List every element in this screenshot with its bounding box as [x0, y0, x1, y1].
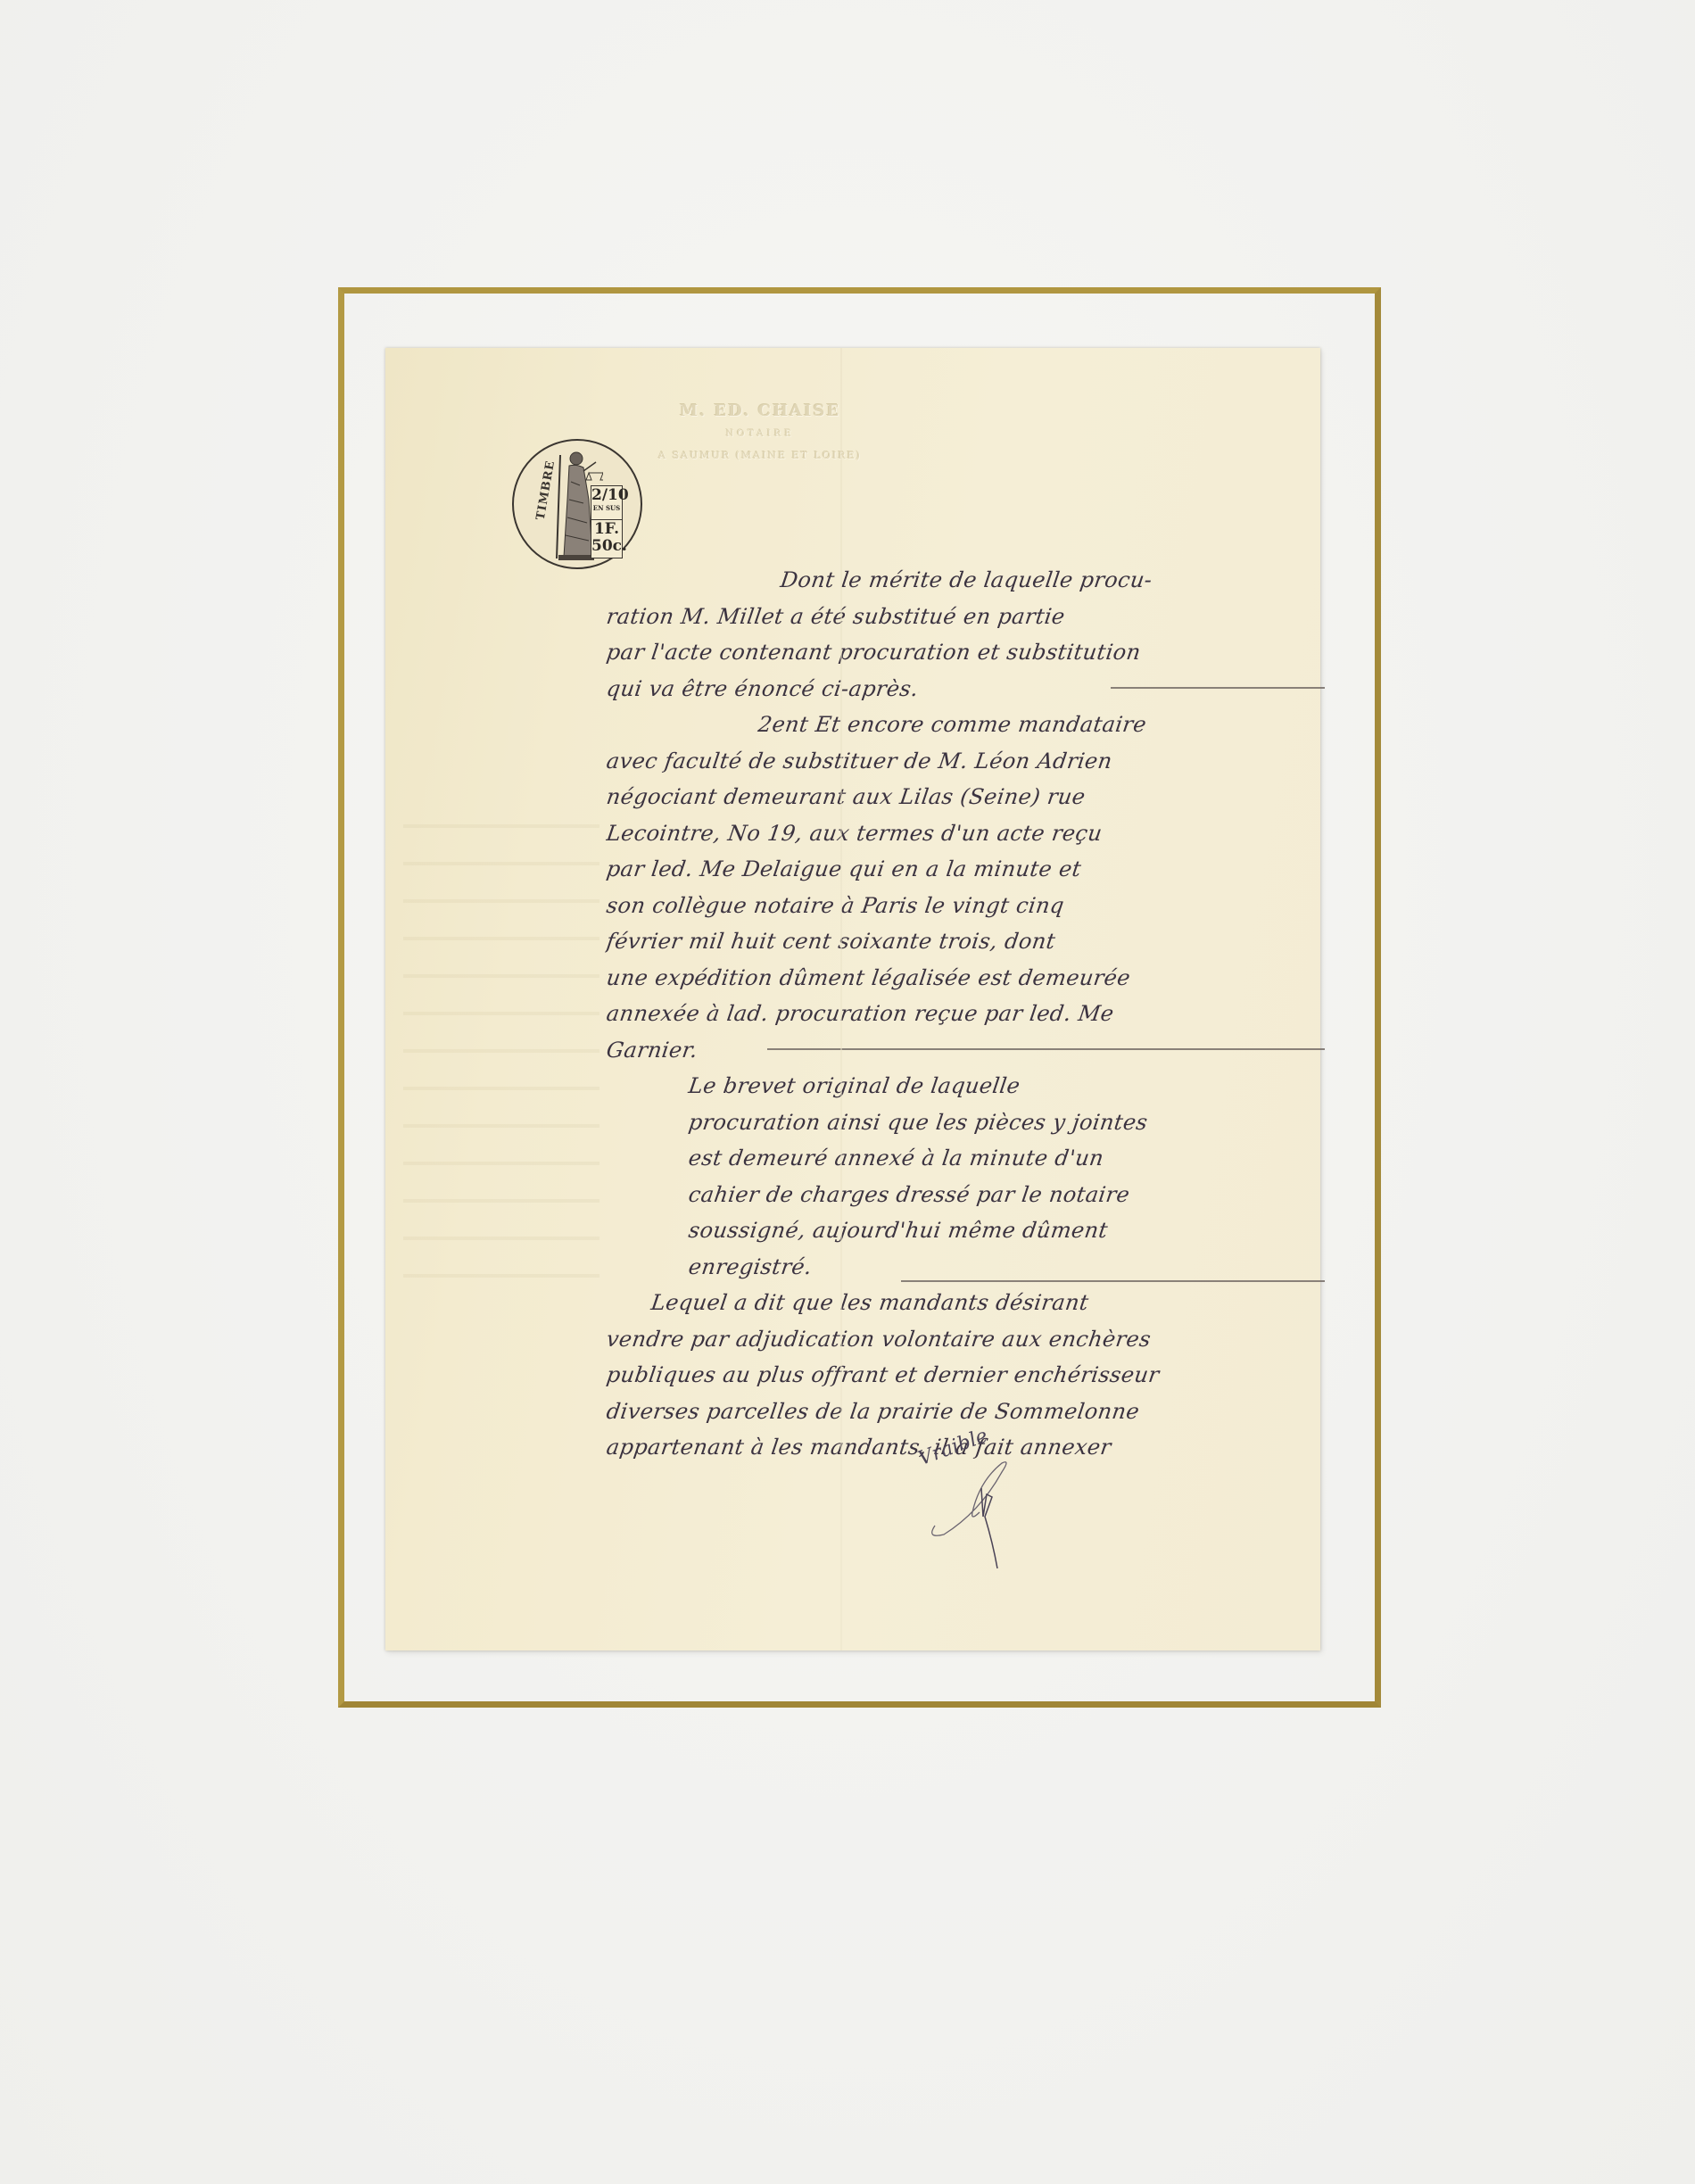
- text-line: est demeuré annexé à la minute d'un: [604, 1140, 1307, 1177]
- text-line: Le brevet original de laquelle: [604, 1068, 1307, 1104]
- stamp-price-francs: 1F.: [591, 522, 622, 537]
- line-filler-rule: [767, 1048, 1325, 1050]
- line-filler-rule: [1111, 687, 1325, 689]
- stamp-price-centimes: 50c.: [591, 539, 622, 554]
- handwritten-text: Dont le mérite de laquelle procu- ration…: [607, 562, 1304, 1466]
- text-line: février mil huit cent soixante trois, do…: [604, 923, 1307, 960]
- stamp-surcharge-label: EN SUS: [591, 505, 622, 511]
- text-line: annexée à lad. procuration reçue par led…: [604, 996, 1307, 1032]
- text-line: publiques au plus offrant et dernier enc…: [604, 1357, 1307, 1394]
- stamp-surcharge-box: 2/10 EN SUS: [591, 485, 623, 521]
- signature: Vraible: [917, 1427, 1042, 1570]
- text-line: vendre par adjudication volontaire aux e…: [604, 1321, 1307, 1358]
- tax-stamp: TIMBRE 2/10 EN SUS 1F. 50c.: [512, 439, 642, 569]
- stamp-price-box: 1F. 50c.: [591, 519, 623, 558]
- text-line: Lequel a dit que les mandants désirant: [604, 1285, 1307, 1321]
- text-line: enregistré.: [604, 1249, 1307, 1286]
- text-line: ration M. Millet a été substitué en part…: [604, 599, 1307, 635]
- text-line: avec faculté de substituer de M. Léon Ad…: [604, 743, 1307, 780]
- text-line: par led. Me Delaigue qui en a la minute …: [604, 851, 1307, 888]
- text-line: qui va être énoncé ci-après.: [604, 671, 1307, 707]
- bleed-through-text: [403, 794, 599, 1294]
- text-line: une expédition dûment légalisée est deme…: [604, 960, 1307, 997]
- text-line: soussigné, aujourd'hui même dûment: [604, 1212, 1307, 1249]
- signature-flourish-icon: [917, 1427, 1042, 1570]
- text-line: Garnier.: [604, 1032, 1307, 1069]
- text-line: négociant demeurant aux Lilas (Seine) ru…: [604, 779, 1307, 815]
- text-line: son collègue notaire à Paris le vingt ci…: [604, 888, 1307, 924]
- text-line: cahier de charges dressé par le notaire: [604, 1177, 1307, 1213]
- text-line: 2ent Et encore comme mandataire: [604, 707, 1307, 743]
- line-filler-rule: [901, 1280, 1325, 1282]
- text-line: procuration ainsi que les pièces y joint…: [604, 1104, 1307, 1141]
- text-line: diverses parcelles de la prairie de Somm…: [604, 1394, 1307, 1430]
- notary-name: M. ED. CHAISE: [599, 401, 921, 420]
- stamp-surcharge-value: 2/10: [591, 488, 622, 503]
- text-line: Lecointre, No 19, aux termes d'un acte r…: [604, 815, 1307, 852]
- embossed-letterhead: M. ED. CHAISE NOTAIRE A SAUMUR (MAINE ET…: [599, 401, 921, 461]
- text-line: par l'acte contenant procuration et subs…: [604, 634, 1307, 671]
- document-page: M. ED. CHAISE NOTAIRE A SAUMUR (MAINE ET…: [385, 348, 1320, 1650]
- text-line: Dont le mérite de laquelle procu-: [604, 562, 1307, 599]
- notary-title: NOTAIRE: [599, 429, 921, 439]
- notary-place: A SAUMUR (MAINE ET LOIRE): [599, 450, 921, 461]
